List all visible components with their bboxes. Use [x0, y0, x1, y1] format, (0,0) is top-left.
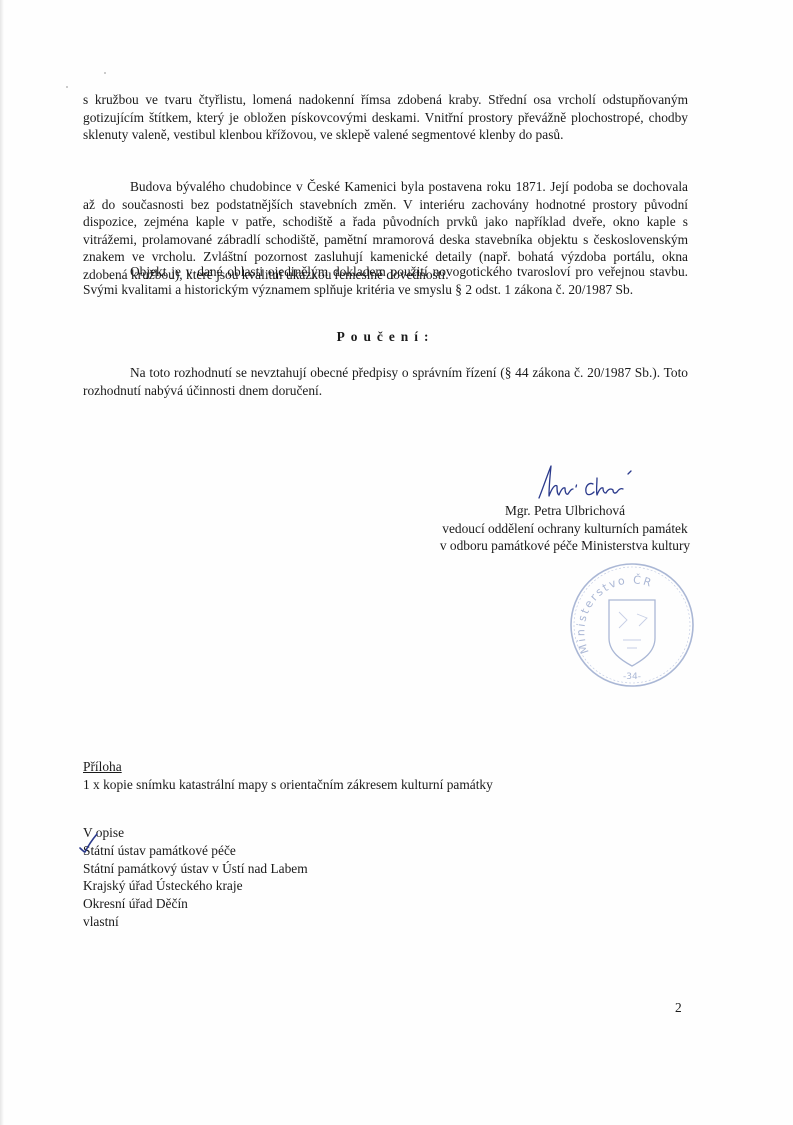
signatory-block: Mgr. Petra Ulbrichová vedoucí oddělení o… [410, 502, 720, 555]
distribution-title: V opise [83, 824, 308, 842]
attachment-title: Příloha [83, 758, 493, 776]
distribution-recipient: Státní památkový ústav v Ústí nad Labem [83, 860, 308, 878]
distribution-recipient: Okresní úřad Děčín [83, 895, 308, 913]
signatory-position-line2: v odboru památkové péče Ministerstva kul… [410, 537, 720, 555]
handwritten-checkmark-icon [77, 832, 99, 854]
scan-speck [66, 86, 68, 88]
distribution-recipient: Krajský úřad Ústeckého kraje [83, 877, 308, 895]
stamp-number: -34- [623, 672, 641, 682]
attachment-item: 1 x kopie snímku katastrální mapy s orie… [83, 776, 493, 794]
paragraph-intro: s kružbou ve tvaru čtyřlistu, lomená nad… [83, 91, 688, 144]
paragraph-object: Objekt je v dané oblasti ojedinělým dokl… [83, 263, 688, 298]
attachment-section: Příloha 1 x kopie snímku katastrální map… [83, 758, 493, 793]
signatory-name: Mgr. Petra Ulbrichová [410, 502, 720, 520]
paragraph-object-text: Objekt je v dané oblasti ojedinělým dokl… [83, 263, 688, 298]
distribution-list: V opise Státní ústav památkové péče Stát… [83, 824, 308, 931]
distribution-recipient: Státní ústav památkové péče [83, 842, 308, 860]
handwritten-signature-icon [535, 462, 635, 502]
page-number: 2 [675, 1000, 682, 1016]
notice-paragraph: Na toto rozhodnutí se nevztahují obecné … [83, 364, 688, 399]
document-page: s kružbou ve tvaru čtyřlistu, lomená nad… [0, 0, 793, 1125]
signatory-position-line1: vedoucí oddělení ochrany kulturních pamá… [410, 520, 720, 538]
scan-speck [104, 72, 106, 74]
paragraph-intro-text: s kružbou ve tvaru čtyřlistu, lomená nad… [83, 91, 688, 144]
official-stamp-icon: Ministerstvo ČR -34- [567, 560, 697, 690]
notice-heading: Poučení: [83, 329, 688, 345]
scan-edge-shadow [0, 0, 4, 1125]
distribution-recipient: vlastní [83, 913, 308, 931]
notice-text: Na toto rozhodnutí se nevztahují obecné … [83, 364, 688, 399]
